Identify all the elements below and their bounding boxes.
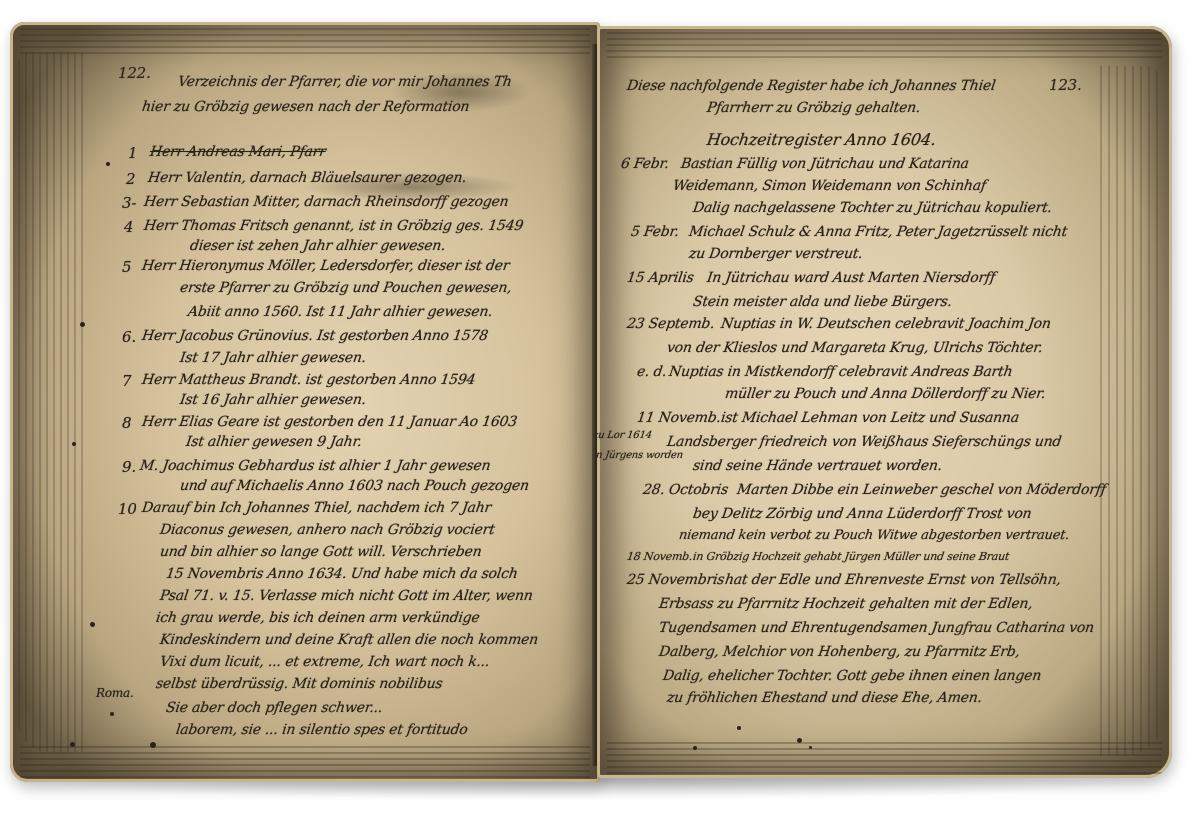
entry-line: selbst überdrüssig. Mit dominis nobilibu… <box>155 676 444 692</box>
entry-date: 6 Febr. <box>620 156 670 172</box>
entry-line: Dalberg, Melchior von Hohenberg, zu Pfar… <box>658 644 1021 660</box>
entry-line: 15 Novembris Anno 1634. Und habe mich da… <box>165 566 519 582</box>
entry-line: Ist 16 Jahr alhier gewesen. <box>179 392 367 408</box>
margin-note: in Jürgens worden <box>597 450 684 461</box>
worm-hole <box>90 622 95 627</box>
entry-date: 5 Febr. <box>630 224 680 240</box>
entry-line: Diaconus gewesen, anhero nach Gröbzig vo… <box>159 522 496 538</box>
page-edge-striations-right <box>1094 66 1164 756</box>
worm-hole <box>72 442 76 446</box>
entry-line: Ist alhier gewesen 9 Jahr. <box>185 434 363 450</box>
margin-note: Roma. <box>96 686 134 700</box>
page-number: 122. <box>118 64 151 82</box>
worm-hole <box>737 726 741 730</box>
entry-number: 9. <box>122 458 136 476</box>
entry-line: Vixi dum licuit, ... et extreme, Ich war… <box>159 654 491 670</box>
entry-line: und auf Michaelis Anno 1603 nach Pouch g… <box>179 478 530 494</box>
entry-line: hat der Edle und Ehrenveste Ernst von Te… <box>724 572 1062 588</box>
entry-line: ich grau werde, bis ich deinen arm verkü… <box>155 610 481 626</box>
entry-line: Herr Sebastian Mitter, darnach Rheinsdor… <box>143 194 510 210</box>
entry-number: 2 <box>126 170 135 188</box>
entry-line: Sie aber doch pflegen schwer... <box>165 700 384 716</box>
entry-line: In Jütrichau ward Aust Marten Niersdorff <box>706 270 996 286</box>
open-book-photo: 122. Verzeichnis der Pfarrer, die vor mi… <box>0 0 1200 821</box>
heading-line: hier zu Gröbzig gewesen nach der Reforma… <box>141 99 471 115</box>
entry-line: dieser ist zehen Jahr alhier gewesen. <box>189 238 447 254</box>
entry-line: bey Delitz Zörbig und Anna Lüderdorff Tr… <box>692 506 1033 522</box>
entry-number: 5 <box>122 258 131 276</box>
entry-line: Tugendsamen und Ehrentugendsamen Jungfra… <box>658 620 1095 636</box>
entry-date: 15 Aprilis <box>626 270 695 286</box>
entry-date: 23 Septemb. <box>626 316 716 332</box>
entry-line: Herr Thomas Fritsch genannt, ist in Gröb… <box>143 218 524 234</box>
intro-line: Pfarrherr zu Gröbzig gehalten. <box>706 100 922 116</box>
intro-line: Diese nachfolgende Register habe ich Joh… <box>626 78 997 94</box>
left-page: 122. Verzeichnis der Pfarrer, die vor mi… <box>10 22 600 782</box>
page-edge-striations-left <box>18 52 88 752</box>
entry-line: Stein meister alda und liebe Bürgers. <box>692 294 953 310</box>
worm-hole <box>693 746 697 750</box>
entry-number: 10 <box>118 500 137 518</box>
entry-line: Herr Jacobus Grünovius. Ist gestorben An… <box>141 328 489 344</box>
entry-number: 6. <box>122 328 136 346</box>
entry-line: Darauf bin Ich Johannes Thiel, nachdem i… <box>141 500 492 516</box>
entry-line: zu fröhlichen Ehestand und diese Ehe, Am… <box>666 690 983 706</box>
section-title: Hochzeitregister Anno 1604. <box>706 130 938 149</box>
entry-number: 8 <box>122 414 131 432</box>
entry-line: Michael Schulz & Anna Fritz, Peter Jaget… <box>688 224 1068 240</box>
entry-line: Nuptias in Mistkendorff celebravit Andre… <box>668 364 1014 380</box>
entry-line: Herr Andreas Mari, Pfarr <box>149 144 327 160</box>
worm-hole <box>106 162 110 166</box>
page-edge-striations-bottom <box>607 740 1162 774</box>
entry-line: in Gröbzig Hochzeit gehabt Jürgen Müller… <box>692 550 1010 563</box>
entry-line: Dalig, ehelicher Tochter. Gott gebe ihne… <box>662 668 1042 684</box>
entry-line: M. Joachimus Gebhardus ist alhier 1 Jahr… <box>139 458 492 474</box>
entry-line: Herr Mattheus Brandt. ist gestorben Anno… <box>141 372 477 388</box>
entry-line: sind seine Hände vertrauet worden. <box>692 458 943 474</box>
entry-line: niemand kein verbot zu Pouch Witwe abges… <box>678 528 1070 543</box>
worm-hole <box>150 742 156 748</box>
entry-line: erste Pfarrer zu Gröbzig und Pouchen gew… <box>179 280 513 296</box>
entry-line: Landsberger friedreich von Weißhaus Sief… <box>666 434 1063 450</box>
entry-date: 25 Novembris <box>626 572 726 588</box>
entry-line: laborem, sie ... in silentio spes et for… <box>175 722 469 738</box>
entry-line: Herr Valentin, darnach Bläuelsaurer gezo… <box>147 170 468 186</box>
entry-line: Weidemann, Simon Weidemann von Schinhaf <box>672 178 987 194</box>
worm-hole <box>110 712 114 716</box>
worm-hole <box>80 322 85 327</box>
entry-line: Erbsass zu Pfarrnitz Hochzeit gehalten m… <box>658 596 1034 612</box>
entry-number: 4 <box>124 218 133 236</box>
entry-line: Ist 17 Jahr alhier gewesen. <box>179 350 367 366</box>
right-page: 123. Diese nachfolgende Register habe ic… <box>597 26 1172 778</box>
entry-line: Herr Elias Geare ist gestorben den 11 Ja… <box>141 414 518 430</box>
entry-number: 1 <box>128 144 137 162</box>
entry-number: 7 <box>122 372 131 390</box>
margin-note: zu Lor 1614 <box>597 430 653 441</box>
page-number: 123. <box>1049 76 1082 94</box>
page-edge-striations-bottom <box>20 744 590 778</box>
entry-line: zu Dornberger verstreut. <box>688 246 864 262</box>
page-edge-striations-top <box>20 28 590 58</box>
entry-line: Abiit anno 1560. Ist 11 Jahr alhier gewe… <box>187 304 494 320</box>
entry-date: 11 Novemb. <box>636 410 722 426</box>
worm-hole <box>809 746 812 749</box>
page-edge-striations-top <box>607 32 1162 62</box>
entry-line: Bastian Füllig von Jütrichau und Katarin… <box>680 156 970 172</box>
entry-line: Nuptias in W. Deutschen celebravit Joach… <box>720 316 1052 332</box>
entry-date: 18 Novemb. <box>626 550 693 563</box>
entry-number: 3- <box>122 194 136 212</box>
entry-line: ist Michael Lehman von Leitz und Susanna <box>720 410 1020 426</box>
entry-date: e. d. <box>636 364 668 380</box>
entry-line: Kindeskindern und deine Kraft allen die … <box>159 632 539 648</box>
entry-line: müller zu Pouch und Anna Döllerdorff zu … <box>724 386 1047 402</box>
worm-hole <box>70 742 75 747</box>
worm-hole <box>797 738 802 743</box>
entry-line: und bin alhier so lange Gott will. Versc… <box>159 544 483 560</box>
entry-line: Dalig nachgelassene Tochter zu Jütrichau… <box>692 200 1053 216</box>
entry-line: Psal 71. v. 15. Verlasse mich nicht Gott… <box>159 588 534 604</box>
entry-line: Marten Dibbe ein Leinweber geschel von M… <box>736 482 1107 498</box>
entry-line: von der Klieslos und Margareta Krug, Ulr… <box>666 340 1044 356</box>
entry-date: 28. Octobris <box>642 482 729 498</box>
heading-line: Verzeichnis der Pfarrer, die vor mir Joh… <box>177 74 513 90</box>
entry-line: Herr Hieronymus Möller, Ledersdorfer, di… <box>141 258 511 274</box>
